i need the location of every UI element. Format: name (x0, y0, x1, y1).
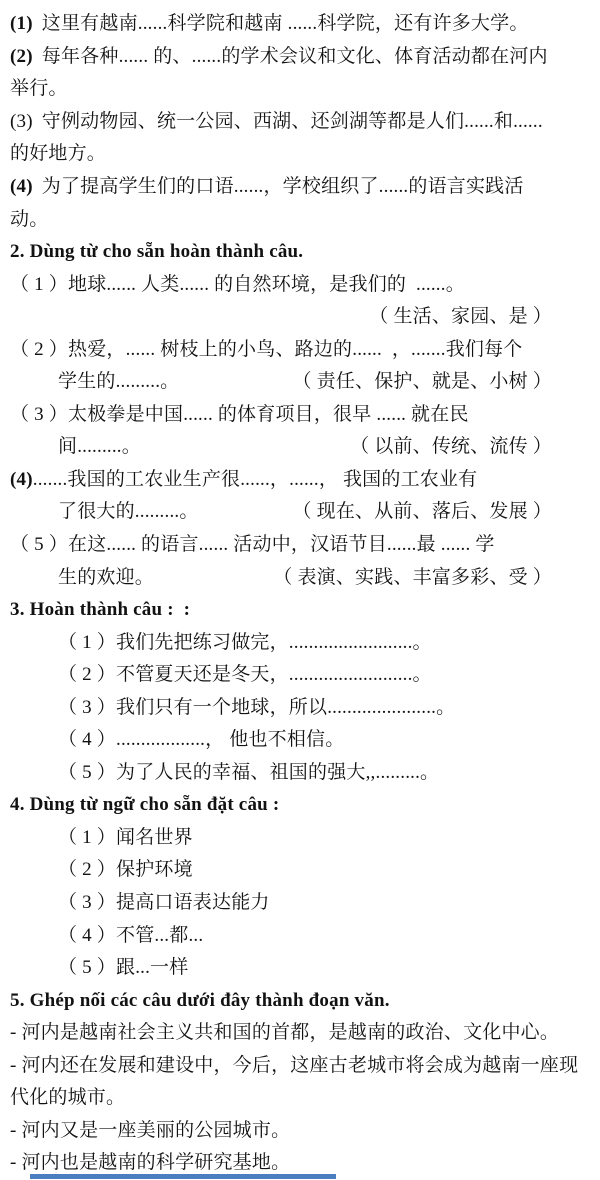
line-text: （ 1 ）我们先把练习做完，.........................。 (58, 631, 432, 655)
text-line: - 河内又是一座美丽的公园城市。 (10, 1115, 592, 1148)
line-text: - 河内也是越南的科学研究基地。 (10, 1151, 290, 1175)
text-line: （ 2 ）热爱，...... 树枝上的小鸟、路边的...... ，.......… (10, 333, 592, 366)
line-text: .......我国的工农业生产很......，......， 我国的工农业有 (33, 468, 478, 492)
text-line: （ 5 ）在这...... 的语言...... 活动中，汉语节目......最 … (10, 529, 592, 562)
line-text: 守例动物园、统一公园、西湖、还剑湖等都是人们......和...... (42, 110, 543, 134)
line-text: 了很大的.........。 (58, 500, 199, 524)
text-line: (1)这里有越南......科学院和越南 ......科学院，还有许多大学。 (10, 8, 592, 41)
text-line: （ 5 ）跟...一样 (58, 952, 592, 985)
line-text: 的好地方。 (10, 142, 106, 166)
line-text: 间.........。 (58, 435, 141, 459)
line-text: 每年各种...... 的、......的学术会议和文化、体育活动都在河内 (42, 45, 548, 69)
line-text: - 河内又是一座美丽的公园城市。 (10, 1119, 290, 1143)
word-bank: （ 以前、传统、流传 ） (350, 435, 552, 459)
line-text: （ 3 ）太极拳是中国...... 的体育项目，很早 ...... 就在民 (10, 403, 469, 427)
text-line: （ 1 ）我们先把练习做完，.........................。 (58, 626, 592, 659)
text-line: （ 1 ）地球...... 人类...... 的自然环境，是我们的 ......… (10, 268, 592, 301)
text-line: 了很大的.........。（ 现在、从前、落后、发展 ） (58, 496, 552, 529)
word-bank: （ 现在、从前、落后、发展 ） (292, 500, 552, 524)
line-text: （ 4 ）不管...都... (58, 924, 203, 948)
section-header: 5. Ghép nối các câu dưới đây thành đoạn … (10, 984, 592, 1017)
text-line: （ 2 ）不管夏天还是冬天，.........................。 (58, 659, 592, 692)
text-line: （ 3 ）提高口语表达能力 (58, 887, 592, 920)
line-text: （ 1 ）地球...... 人类...... 的自然环境，是我们的 ......… (10, 273, 465, 297)
line-text: 生的欢迎。 (58, 566, 154, 590)
line-text: - 河内还在发展和建设中，今后，这座古老城市将会成为越南一座现 (10, 1054, 578, 1078)
line-text: （ 3 ）提高口语表达能力 (58, 891, 270, 915)
item-number: (2) (10, 45, 33, 69)
text-line: (4)为了提高学生们的口语......，学校组织了......的语言实践活 (10, 171, 592, 204)
line-text: （ 2 ）热爱，...... 树枝上的小鸟、路边的...... ，.......… (10, 338, 523, 362)
text-line: 间.........。（ 以前、传统、流传 ） (58, 431, 552, 464)
section-title: 4. Dùng từ ngữ cho sẵn đặt câu : (10, 793, 279, 817)
text-line: 生的欢迎。（ 表演、实践、丰富多彩、受 ） (58, 561, 552, 594)
section-header: 3. Hoàn thành câu : : (10, 594, 592, 627)
section-title: 5. Ghép nối các câu dưới đây thành đoạn … (10, 989, 390, 1013)
word-bank: （ 责任、保护、就是、小树 ） (292, 370, 552, 394)
text-line: (2)每年各种...... 的、......的学术会议和文化、体育活动都在河内 (10, 41, 592, 74)
worksheet-page: (1)这里有越南......科学院和越南 ......科学院，还有许多大学。 (… (0, 0, 600, 1180)
line-text: （ 1 ）闻名世界 (58, 826, 193, 850)
line-text: 举行。 (10, 77, 68, 101)
text-line: （ 1 ）闻名世界 (58, 822, 592, 855)
line-text: 学生的.........。 (58, 370, 179, 394)
section-header: 4. Dùng từ ngữ cho sẵn đặt câu : (10, 789, 592, 822)
line-text: （ 4 ）..................， 他也不相信。 (58, 728, 344, 752)
item-number: (4) (10, 468, 33, 492)
item-number: (3) (10, 110, 33, 134)
text-line: （ 4 ）不管...都... (58, 919, 592, 952)
text-line: 的好地方。 (10, 138, 592, 171)
text-line: （ 3 ）我们只有一个地球，所以......................。 (58, 691, 592, 724)
text-line: （ 3 ）太极拳是中国...... 的体育项目，很早 ...... 就在民 (10, 399, 592, 432)
section-header: 2. Dùng từ cho sẵn hoàn thành câu. (10, 236, 592, 269)
item-number: (4) (10, 175, 33, 199)
text-line: （ 5 ）为了人民的幸福、祖国的强大,,.........。 (58, 757, 592, 790)
word-bank: （ 表演、实践、丰富多彩、受 ） (273, 566, 552, 590)
line-text: （ 5 ）为了人民的幸福、祖国的强大,,.........。 (58, 761, 439, 785)
line-text: - 河内是越南社会主义共和国的首都，是越南的政治、文化中心。 (10, 1021, 559, 1045)
text-line: 动。 (10, 203, 592, 236)
text-line: （ 4 ）..................， 他也不相信。 (58, 724, 592, 757)
text-line: (3)守例动物园、统一公园、西湖、还剑湖等都是人们......和...... (10, 106, 592, 139)
line-text: （ 2 ）不管夏天还是冬天，.........................。 (58, 663, 432, 687)
text-line: - 河内还在发展和建设中，今后，这座古老城市将会成为越南一座现 (10, 1050, 592, 1083)
line-text: 代化的城市。 (10, 1086, 125, 1110)
line-text: （ 2 ）保护环境 (58, 858, 193, 882)
section-title: 3. Hoàn thành câu : : (10, 598, 190, 622)
line-text: （ 5 ）跟...一样 (58, 956, 188, 980)
line-text: （ 3 ）我们只有一个地球，所以......................。 (58, 696, 455, 720)
line-text: （ 5 ）在这...... 的语言...... 活动中，汉语节目......最 … (10, 533, 495, 557)
word-bank: （ 生活、家园、是 ） (369, 305, 552, 329)
word-bank-line: （ 生活、家园、是 ） (10, 301, 552, 334)
line-text: 动。 (10, 208, 48, 232)
line-text: 为了提高学生们的口语......，学校组织了......的语言实践活 (42, 175, 524, 199)
line-text: 这里有越南......科学院和越南 ......科学院，还有许多大学。 (42, 12, 529, 36)
text-line: - 河内是越南社会主义共和国的首都，是越南的政治、文化中心。 (10, 1017, 592, 1050)
text-line: 学生的.........。（ 责任、保护、就是、小树 ） (58, 366, 552, 399)
text-line: (4).......我国的工农业生产很......，......， 我国的工农业… (10, 464, 592, 497)
text-line: 代化的城市。 (10, 1082, 592, 1115)
item-number: (1) (10, 12, 33, 36)
bottom-highlight-bar (30, 1174, 336, 1179)
text-line: 举行。 (10, 73, 592, 106)
text-line: （ 2 ）保护环境 (58, 854, 592, 887)
section-title: 2. Dùng từ cho sẵn hoàn thành câu. (10, 240, 303, 264)
